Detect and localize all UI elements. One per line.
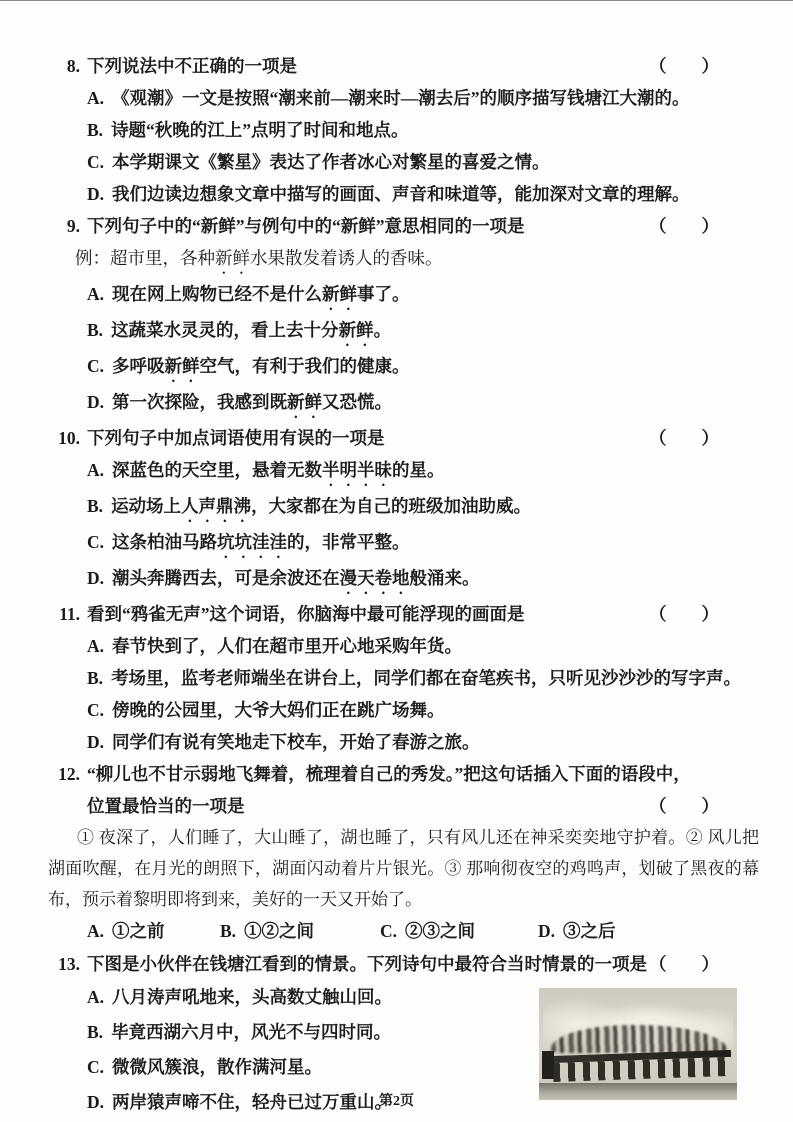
option-text: 这蔬菜水灵灵的，看上去十分新鲜。 <box>111 314 391 350</box>
question-9: 9. 下列句子中的“新鲜”与例句中的“新鲜”意思相同的一项是 （ ） 例：超市里… <box>48 210 759 422</box>
option-12D: D.③之后 <box>538 915 616 948</box>
option-label: C. <box>380 915 397 948</box>
question-title: 下列句子中的“新鲜”与例句中的“新鲜”意思相同的一项是 <box>87 210 525 242</box>
answer-bracket: （ ） <box>649 422 719 454</box>
option-label: B. <box>87 490 103 522</box>
answer-bracket: （ ） <box>649 598 719 630</box>
question-12-header-line2: 位置最恰当的一项是 （ ） <box>87 790 759 822</box>
option-9A: A. 现在网上购物已经不是什么新鲜事了。 <box>87 278 759 314</box>
option-text: 我们边读边想象文章中描写的画面、声音和味道等，能加深对文章的理解。 <box>112 178 690 210</box>
answer-bracket: （ ） <box>649 948 719 980</box>
question-11-header: 11. 看到“鸦雀无声”这个词语，你脑海中最可能浮现的画面是 （ ） <box>48 598 759 630</box>
option-label: C. <box>87 146 104 178</box>
option-label: A. <box>87 630 104 662</box>
answer-bracket: （ ） <box>649 210 719 242</box>
option-12C: C.②③之间 <box>380 915 538 948</box>
emphasized-word: 新鲜 <box>165 356 200 376</box>
option-text: ②③之间 <box>405 915 475 948</box>
option-text: 考场里，监考老师端坐在讲台上，同学们都在奋笔疾书，只听见沙沙沙的写字声。 <box>111 662 741 694</box>
question-12-options: A.①之前 B.①②之间 C.②③之间 D.③之后 <box>87 915 759 948</box>
option-text: 深蓝色的天空里，悬着无数半明半昧的星。 <box>112 454 445 490</box>
question-number: 10. <box>48 422 80 454</box>
option-13B: B. 毕竟西湖六月中，风光不与四时同。 <box>87 1015 539 1050</box>
option-label: D. <box>87 562 104 594</box>
question-title: 下列说法中不正确的一项是 <box>87 50 297 82</box>
text-segment: 现在网上购物已经不是什么 <box>112 284 322 304</box>
option-10A: A. 深蓝色的天空里，悬着无数半明半昧的星。 <box>87 454 759 490</box>
emphasized-word: 新鲜 <box>322 284 357 304</box>
text-segment: 深蓝色的天空里，悬着无数 <box>112 460 322 480</box>
emphasized-word: 半明半昧 <box>322 460 392 480</box>
question-title: 下图是小伙伴在钱塘江看到的情景。下列诗句中最符合当时情景的一项是 <box>87 948 647 980</box>
answer-bracket: （ ） <box>649 790 719 822</box>
text-segment: 的，非常平整。 <box>287 532 410 552</box>
question-10: 10. 下列句子中加点词语使用有误的一项是 （ ） A. 深蓝色的天空里，悬着无… <box>48 422 759 598</box>
option-label: A. <box>87 454 104 486</box>
option-13C: C. 微微风簇浪，散作满河星。 <box>87 1050 539 1085</box>
option-label: C. <box>87 1050 104 1085</box>
text-segment: 例：超市里，各种 <box>75 248 215 268</box>
option-text: 现在网上购物已经不是什么新鲜事了。 <box>112 278 410 314</box>
answer-bracket: （ ） <box>649 50 719 82</box>
option-8C: C. 本学期课文《繁星》表达了作者冰心对繁星的喜爱之情。 <box>87 146 759 178</box>
text-segment: 多呼吸 <box>112 356 165 376</box>
option-label: C. <box>87 350 104 382</box>
insertion-passage: ① 夜深了，人们睡了，大山睡了，湖也睡了，只有风儿还在神采奕奕地守护着。② 风儿… <box>48 822 759 915</box>
option-text: ①之前 <box>112 915 165 948</box>
option-text: 八月涛声吼地来，头高数丈触山回。 <box>112 980 392 1015</box>
emphasized-word: 新鲜 <box>339 320 374 340</box>
option-10B: B. 运动场上人声鼎沸，大家都在为自己的班级加油助威。 <box>87 490 759 526</box>
option-label: B. <box>87 114 103 146</box>
option-text: 运动场上人声鼎沸，大家都在为自己的班级加油助威。 <box>111 490 531 526</box>
question-title-line2: 位置最恰当的一项是 <box>87 790 245 822</box>
option-label: A. <box>87 82 104 114</box>
question-title-line1: “柳儿也不甘示弱地飞舞着，梳理着自己的秀发。”把这句话插入下面的语段中， <box>87 758 691 790</box>
question-number: 8. <box>48 50 80 82</box>
option-text: 春节快到了，人们在超市里开心地采购年货。 <box>112 630 462 662</box>
question-number: 13. <box>48 948 80 980</box>
option-label: C. <box>87 526 104 558</box>
question-11: 11. 看到“鸦雀无声”这个词语，你脑海中最可能浮现的画面是 （ ） A. 春节… <box>48 598 759 758</box>
option-text: 傍晚的公园里，大爷大妈们正在跳广场舞。 <box>112 694 445 726</box>
text-segment: 这蔬菜水灵灵的，看上去十分 <box>111 320 339 340</box>
page-number: 第2页 <box>0 1090 793 1110</box>
text-segment: 。 <box>374 320 392 340</box>
option-9C: C. 多呼吸新鲜空气，有利于我们的健康。 <box>87 350 759 386</box>
question-number: 12. <box>48 758 80 790</box>
exam-page: 8. 下列说法中不正确的一项是 （ ） A. 《观潮》一文是按照“潮来前—潮来时… <box>0 0 793 1122</box>
question-12-header: 12. “柳儿也不甘示弱地飞舞着，梳理着自己的秀发。”把这句话插入下面的语段中， <box>48 758 759 790</box>
option-label: B. <box>87 314 103 346</box>
option-12A: A.①之前 <box>87 915 220 948</box>
option-8B: B. 诗题“秋晚的江上”点明了时间和地点。 <box>87 114 759 146</box>
option-label: A. <box>87 278 104 310</box>
question-8-header: 8. 下列说法中不正确的一项是 （ ） <box>48 50 759 82</box>
question-number: 9. <box>48 210 80 242</box>
option-11D: D. 同学们有说有笑地走下校车，开始了春游之旅。 <box>87 726 759 758</box>
text-segment: ，大家都在为自己的班级加油助威。 <box>251 496 531 516</box>
option-text: 诗题“秋晚的江上”点明了时间和地点。 <box>111 114 409 146</box>
option-text: 微微风簇浪，散作满河星。 <box>112 1050 322 1085</box>
question-8: 8. 下列说法中不正确的一项是 （ ） A. 《观潮》一文是按照“潮来前—潮来时… <box>48 50 759 210</box>
emphasized-word: 人声鼎沸 <box>181 496 251 516</box>
example-text: 例：超市里，各种新鲜水果散发着诱人的香味。 <box>75 242 443 278</box>
option-9B: B. 这蔬菜水灵灵的，看上去十分新鲜。 <box>87 314 759 350</box>
emphasized-word: 新鲜 <box>215 248 250 268</box>
option-11C: C. 傍晚的公园里，大爷大妈们正在跳广场舞。 <box>87 694 759 726</box>
text-segment: 又恐慌。 <box>322 392 392 412</box>
option-12B: B.①②之间 <box>220 915 380 948</box>
option-text: 《观潮》一文是按照“潮来前—潮来时—潮去后”的顺序描写钱塘江大潮的。 <box>112 82 690 114</box>
option-9D: D. 第一次探险，我感到既新鲜又恐慌。 <box>87 386 759 422</box>
option-label: B. <box>220 915 236 948</box>
text-segment: 水果散发着诱人的香味。 <box>250 248 443 268</box>
option-8A: A. 《观潮》一文是按照“潮来前—潮来时—潮去后”的顺序描写钱塘江大潮的。 <box>87 82 759 114</box>
text-segment: 这条柏油马路 <box>112 532 217 552</box>
page-content: 8. 下列说法中不正确的一项是 （ ） A. 《观潮》一文是按照“潮来前—潮来时… <box>48 50 759 1120</box>
option-label: D. <box>87 178 104 210</box>
option-text: 潮头奔腾西去，可是余波还在漫天卷地般涌来。 <box>112 562 480 598</box>
question-12: 12. “柳儿也不甘示弱地飞舞着，梳理着自己的秀发。”把这句话插入下面的语段中，… <box>48 758 759 948</box>
option-text: 第一次探险，我感到既新鲜又恐慌。 <box>112 386 392 422</box>
option-text: ①②之间 <box>244 915 314 948</box>
example-sentence: 例：超市里，各种新鲜水果散发着诱人的香味。 <box>75 242 759 278</box>
option-8D: D. 我们边读边想象文章中描写的画面、声音和味道等，能加深对文章的理解。 <box>87 178 759 210</box>
option-text: 同学们有说有笑地走下校车，开始了春游之旅。 <box>112 726 480 758</box>
option-label: B. <box>87 1015 103 1050</box>
option-text: 这条柏油马路坑坑洼洼的，非常平整。 <box>112 526 410 562</box>
qiantang-tide-photo <box>539 988 737 1100</box>
option-10C: C. 这条柏油马路坑坑洼洼的，非常平整。 <box>87 526 759 562</box>
option-text: ③之后 <box>563 915 616 948</box>
text-segment: 第一次探险，我感到既 <box>112 392 287 412</box>
option-label: A. <box>87 915 104 948</box>
question-10-header: 10. 下列句子中加点词语使用有误的一项是 （ ） <box>48 422 759 454</box>
question-title: 下列句子中加点词语使用有误的一项是 <box>87 422 385 454</box>
question-13-header: 13. 下图是小伙伴在钱塘江看到的情景。下列诗句中最符合当时情景的一项是 （ ） <box>48 948 759 980</box>
left-structure <box>542 1051 554 1079</box>
question-title: 看到“鸦雀无声”这个词语，你脑海中最可能浮现的画面是 <box>87 598 525 630</box>
text-segment: 潮头奔腾西去，可是余波还在 <box>112 568 340 588</box>
text-segment: 事了。 <box>357 284 410 304</box>
option-label: A. <box>87 980 104 1015</box>
option-11A: A. 春节快到了，人们在超市里开心地采购年货。 <box>87 630 759 662</box>
text-segment: 空气，有利于我们的健康。 <box>200 356 410 376</box>
text-segment: 般涌来。 <box>410 568 480 588</box>
emphasized-word: 新鲜 <box>287 392 322 412</box>
option-10D: D. 潮头奔腾西去，可是余波还在漫天卷地般涌来。 <box>87 562 759 598</box>
option-11B: B. 考场里，监考老师端坐在讲台上，同学们都在奋笔疾书，只听见沙沙沙的写字声。 <box>87 662 759 694</box>
question-9-header: 9. 下列句子中的“新鲜”与例句中的“新鲜”意思相同的一项是 （ ） <box>48 210 759 242</box>
text-segment: 的星。 <box>392 460 445 480</box>
emphasized-word: 漫天卷地 <box>340 568 410 588</box>
option-text: 本学期课文《繁星》表达了作者冰心对繁星的喜爱之情。 <box>112 146 550 178</box>
option-label: D. <box>87 386 104 418</box>
option-text: 毕竟西湖六月中，风光不与四时同。 <box>111 1015 391 1050</box>
text-segment: 运动场上 <box>111 496 181 516</box>
option-label: C. <box>87 694 104 726</box>
option-label: D. <box>87 726 104 758</box>
option-label: B. <box>87 662 103 694</box>
option-text: 多呼吸新鲜空气，有利于我们的健康。 <box>112 350 410 386</box>
option-label: D. <box>538 915 555 948</box>
option-13A: A. 八月涛声吼地来，头高数丈触山回。 <box>87 980 539 1015</box>
question-number: 11. <box>48 598 80 630</box>
scan-edge-line <box>0 0 793 1</box>
emphasized-word: 坑坑洼洼 <box>217 532 287 552</box>
